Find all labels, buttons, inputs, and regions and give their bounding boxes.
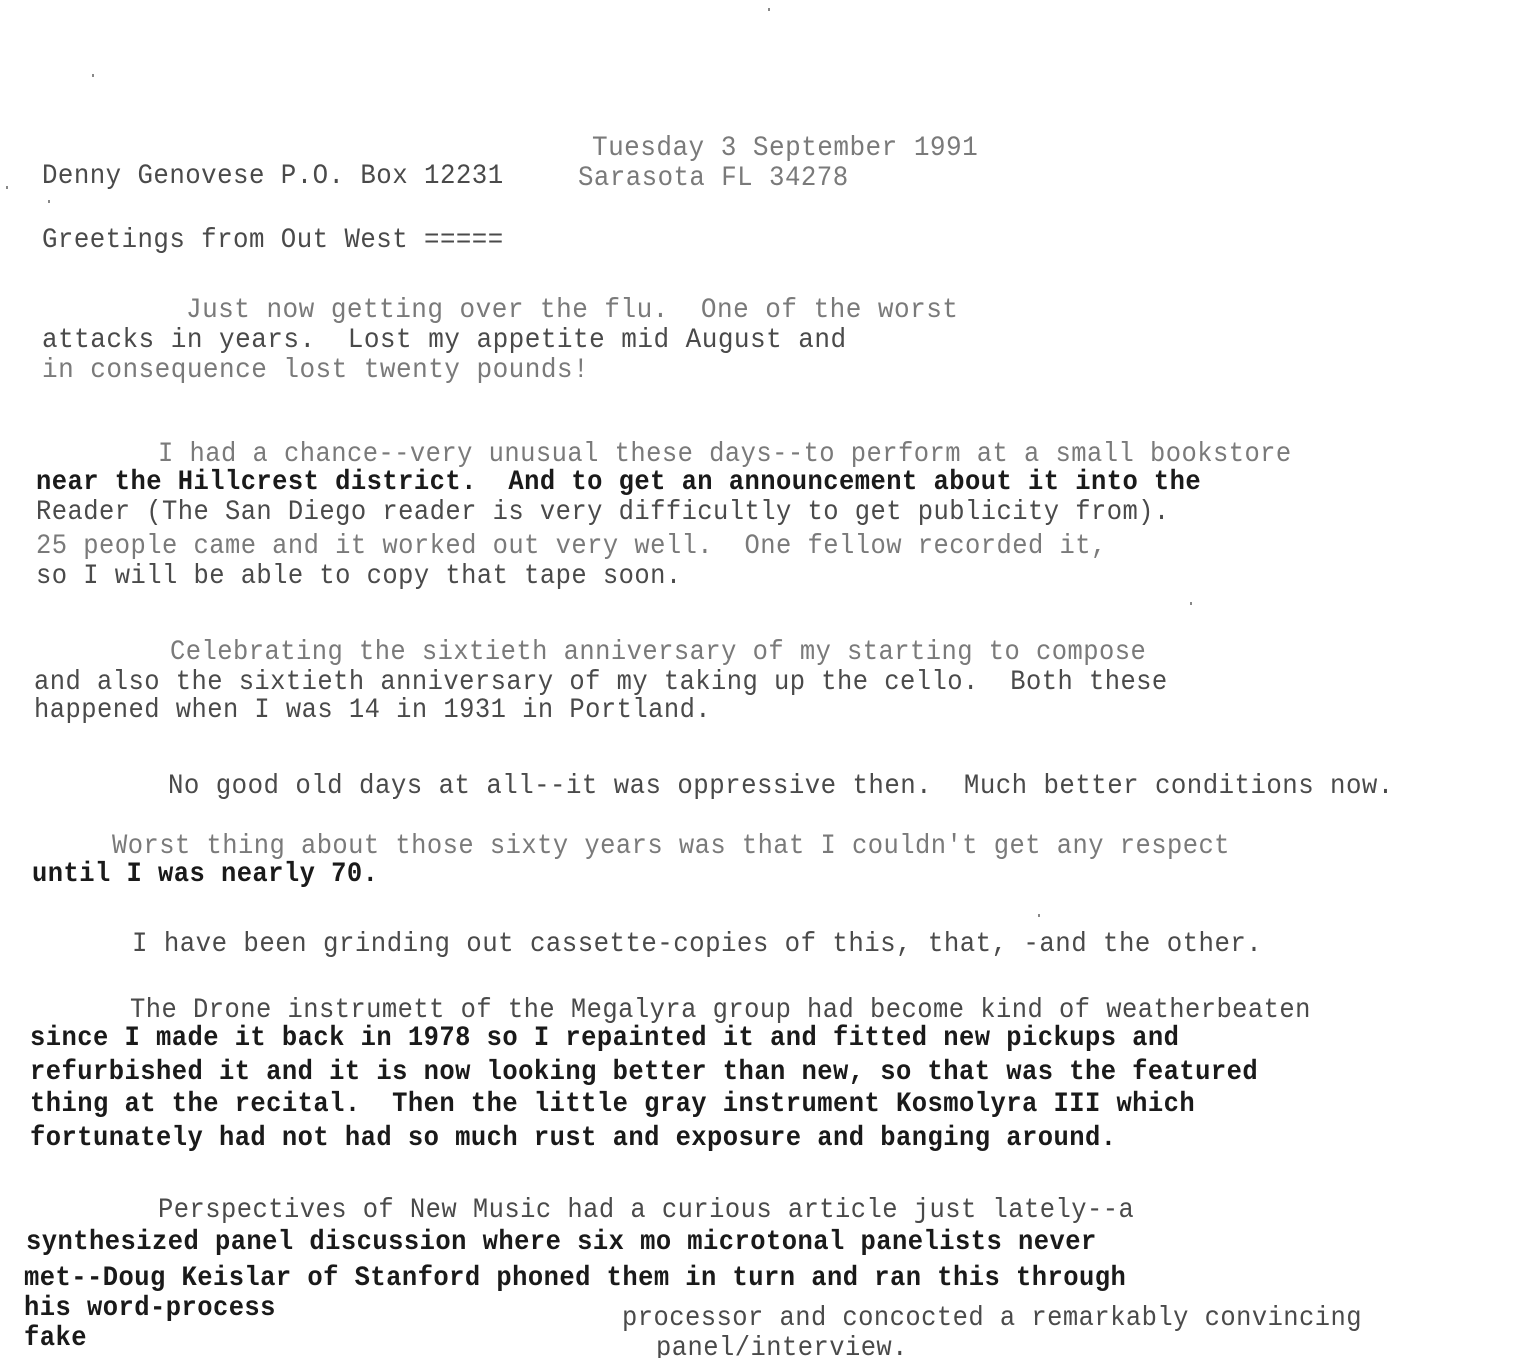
paragraph-8-line-3: met--Doug Keislar of Stanford phoned the…	[24, 1264, 1126, 1294]
scan-speck	[48, 200, 50, 203]
paragraph-7-line-1: The Drone instrumett of the Megalyra gro…	[130, 996, 1311, 1026]
letter-page: Tuesday 3 September 1991 Denny Genovese …	[0, 0, 1518, 1358]
scan-speck	[92, 74, 94, 77]
scan-speck	[1038, 914, 1040, 917]
paragraph-8-line-6: fake	[24, 1324, 87, 1354]
paragraph-3-line-3: happened when I was 14 in 1931 in Portla…	[34, 696, 711, 726]
paragraph-8-line-7: panel/interview.	[656, 1334, 908, 1358]
greeting: Greetings from Out West =====	[42, 226, 504, 256]
paragraph-1-line-3: in consequence lost twenty pounds!	[42, 356, 589, 386]
scan-speck	[768, 8, 770, 11]
scan-speck	[1190, 602, 1192, 605]
paragraph-8-line-4: his word-process	[24, 1294, 276, 1324]
paragraph-5-line-2: until I was nearly 70.	[32, 860, 378, 890]
sender-city: Sarasota FL 34278	[578, 164, 849, 194]
paragraph-2-line-1: I had a chance--very unusual these days-…	[158, 440, 1292, 470]
letter-date: Tuesday 3 September 1991	[592, 134, 978, 164]
paragraph-6-line-1: I have been grinding out cassette-copies…	[132, 930, 1262, 960]
paragraph-2-line-5: so I will be able to copy that tape soon…	[36, 562, 682, 592]
paragraph-7-line-4: thing at the recital. Then the little gr…	[30, 1090, 1195, 1120]
paragraph-2-line-2: near the Hillcrest district. And to get …	[36, 468, 1201, 498]
paragraph-8-line-1: Perspectives of New Music had a curious …	[158, 1196, 1134, 1226]
paragraph-3-line-2: and also the sixtieth anniversary of my …	[34, 668, 1168, 698]
paragraph-2-line-4: 25 people came and it worked out very we…	[36, 532, 1107, 562]
paragraph-7-line-3: refurbished it and it is now looking bet…	[30, 1058, 1258, 1088]
paragraph-8-line-2: synthesized panel discussion where six m…	[26, 1228, 1097, 1258]
paragraph-5-line-1: Worst thing about those sixty years was …	[112, 832, 1230, 862]
paragraph-7-line-2: since I made it back in 1978 so I repain…	[30, 1024, 1179, 1054]
paragraph-4-line-1: No good old days at all--it was oppressi…	[168, 772, 1394, 802]
paragraph-2-line-3: Reader (The San Diego reader is very dif…	[36, 498, 1170, 528]
paragraph-8-line-5: processor and concocted a remarkably con…	[622, 1304, 1362, 1334]
paragraph-7-line-5: fortunately had not had so much rust and…	[30, 1124, 1116, 1154]
scan-speck	[6, 186, 8, 189]
sender-address: Denny Genovese P.O. Box 12231	[42, 162, 504, 192]
paragraph-1-line-2: attacks in years. Lost my appetite mid A…	[42, 326, 847, 356]
paragraph-3-line-1: Celebrating the sixtieth anniversary of …	[170, 638, 1146, 668]
paragraph-1-line-1: Just now getting over the flu. One of th…	[186, 296, 958, 326]
